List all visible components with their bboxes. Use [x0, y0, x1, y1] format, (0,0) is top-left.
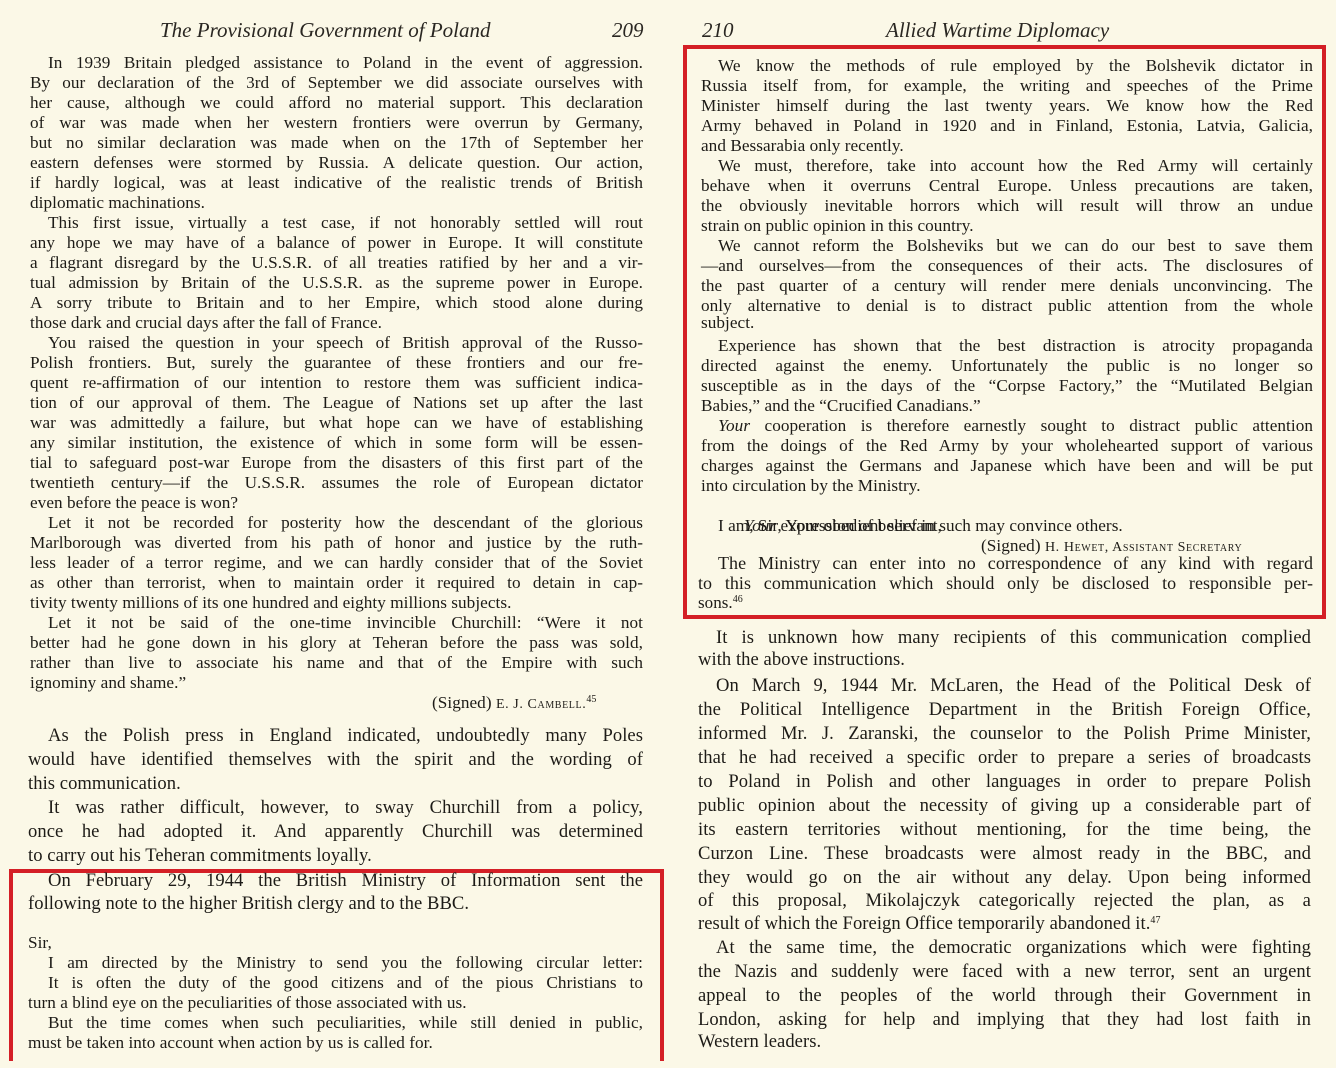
closing-line: I am, Sir, Your obedient servant,	[718, 516, 942, 536]
text-line: Experience has shown that the best distr…	[718, 336, 1313, 356]
text-line: into circulation by the Ministry.	[701, 476, 921, 496]
text-line: directed against the enemy. Unfortunatel…	[701, 356, 1313, 376]
text-line: Curzon Line. These broadcasts were almos…	[698, 842, 1311, 866]
signed-label: (Signed)	[432, 693, 492, 712]
text-line: Let it not be recorded for posterity how…	[48, 513, 643, 533]
text-line: public opinion about the necessity of gi…	[698, 794, 1311, 818]
text-line: of war was made when her western frontie…	[30, 113, 643, 133]
right-page-210: 210 Allied Wartime Diplomacy We know the…	[668, 0, 1336, 1068]
text-line: to carry out his Teheran commitments loy…	[28, 844, 372, 868]
text-line: following note to the higher British cle…	[28, 892, 469, 916]
text-line: subject.	[701, 313, 754, 333]
text-line: It was rather difficult, however, to swa…	[48, 796, 643, 820]
text-line: tial to safeguard post-war Europe from t…	[30, 453, 643, 473]
text-line: quent re-affirmation of our intention to…	[30, 373, 643, 393]
text-line: those dark and crucial days after the fa…	[30, 313, 382, 333]
left-page-209: The Provisional Government of Poland 209…	[0, 0, 668, 1068]
text-line: and Bessarabia only recently.	[701, 136, 904, 156]
text-line: informed Mr. J. Zaranski, the counselor …	[698, 722, 1311, 746]
text-line: A sorry tribute to Britain and to her Em…	[30, 293, 643, 313]
text-line: once he had adopted it. And apparently C…	[28, 820, 643, 844]
running-header-title: The Provisional Government of Poland	[160, 18, 491, 43]
text-line: On March 9, 1944 Mr. McLaren, the Head o…	[716, 674, 1311, 698]
text-line: a flagrant disregard by the U.S.S.R. of …	[30, 253, 643, 273]
text-line: diplomatic machinations.	[30, 193, 205, 213]
text-span: cooperation is therefore earnestly sough…	[750, 416, 1313, 436]
text-line: even before the peace is won?	[30, 493, 238, 513]
text-line: the obviously inevitable horrors which w…	[701, 196, 1313, 216]
text-line: war was admittedly a failure, but what h…	[30, 413, 643, 433]
text-line: Babies,” and the “Crucified Canadians.”	[701, 396, 981, 416]
text-line: the Nazis and suddenly were faced with a…	[698, 960, 1311, 984]
text-line: Army behaved in Poland in 1920 and in Fi…	[701, 116, 1313, 136]
footnote-ref: 46	[733, 594, 743, 605]
text-line: tion of our approval of them. The League…	[30, 393, 643, 413]
text-line: only alternative to denial is to distrac…	[701, 296, 1313, 316]
text-line: that he had received a specific order to…	[698, 746, 1311, 770]
text-line: sons.46	[698, 593, 743, 613]
text-line: rather than live to associate his name a…	[30, 653, 643, 673]
text-line: charges against the Germans and Japanese…	[701, 456, 1313, 476]
footnote-ref: 47	[1150, 915, 1160, 926]
text-line: strain on public opinion in this country…	[701, 216, 974, 236]
text-line: would have identified themselves with th…	[28, 748, 643, 772]
page-number: 210	[702, 18, 734, 43]
text-line: On February 29, 1944 the British Ministr…	[48, 869, 643, 893]
text-line: Minister himself during the last twenty …	[701, 96, 1313, 116]
text-line: eastern defenses were stormed by Russia.…	[30, 153, 643, 173]
text-line: London, asking for help and implying tha…	[698, 1008, 1311, 1032]
text-line: result of which the Foreign Office tempo…	[698, 912, 1161, 936]
running-header-title: Allied Wartime Diplomacy	[886, 18, 1109, 43]
text-line: any similar institution, the existence o…	[30, 433, 643, 453]
text-line: It is unknown how many recipients of thi…	[716, 626, 1311, 650]
signature-cambell: (Signed) E. J. Cambell.45	[432, 693, 596, 715]
text-line: Polish frontiers. But, surely the guaran…	[30, 353, 643, 373]
text-line: from the doings of the Red Army by your …	[701, 436, 1313, 456]
text-line: turn a blind eye on the peculiarities of…	[28, 993, 467, 1013]
text-line: We cannot reform the Bolsheviks but we c…	[718, 236, 1313, 256]
text-line: We must, therefore, take into account ho…	[718, 156, 1313, 176]
text-line: As the Polish press in England indicated…	[48, 724, 643, 748]
text-line: —and ourselves—from the consequences of …	[701, 256, 1313, 276]
text-line: to Poland in Polish and other languages …	[698, 770, 1311, 794]
text-line: they would go on the air without any del…	[698, 866, 1311, 890]
text-line: This first issue, virtually a test case,…	[48, 213, 643, 233]
text-line: Western leaders.	[698, 1030, 821, 1054]
text-line: ignominy and shame.”	[30, 673, 186, 693]
text-line: if hardly logical, was at least indicati…	[30, 173, 643, 193]
text-line: susceptible as in the days of the “Corps…	[701, 376, 1313, 396]
text-line: less leader of a terror regime, and we c…	[30, 553, 643, 573]
text-line: You raised the question in your speech o…	[48, 333, 643, 353]
text-line: the Political Intelligence Department in…	[698, 698, 1311, 722]
text-line: behave when it overruns Central Europe. …	[701, 176, 1313, 196]
text-line: any hope we may have of a balance of pow…	[30, 233, 643, 253]
text-line: twentieth century—if the U.S.S.R. assume…	[30, 473, 643, 493]
text-line: its eastern territories without mentioni…	[698, 818, 1311, 842]
text-line: as other than terrorist, when to maintai…	[30, 573, 643, 593]
text-line: Marlborough was diverted from his path o…	[30, 533, 643, 553]
text-line: Let it not be said of the one-time invin…	[48, 613, 643, 633]
text-line: the past quarter of a century will rende…	[701, 276, 1313, 296]
text-line: tivity twenty millions of its one hundre…	[30, 593, 511, 613]
letter-salutation: Sir,	[28, 933, 52, 953]
text-line: Russia itself from, for example, the wri…	[701, 76, 1313, 96]
text-line: At the same time, the democratic organiz…	[716, 936, 1311, 960]
text-line: In 1939 Britain pledged assistance to Po…	[48, 53, 643, 73]
page-number: 209	[612, 18, 644, 43]
footnote-ref: 45	[586, 694, 596, 705]
text-line: must be taken into account when action b…	[28, 1033, 433, 1053]
text-line: this communication.	[28, 772, 181, 796]
text-line: better had he gone down in his glory at …	[30, 633, 643, 653]
text-span: result of which the Foreign Office tempo…	[698, 913, 1150, 934]
text-line: tual admission by Britain of the U.S.S.R…	[30, 273, 643, 293]
text-line: Your cooperation is therefore earnestly …	[718, 416, 1313, 436]
text-line: appeal to the peoples of the world throu…	[698, 984, 1311, 1008]
text-line: By our declaration of the 3rd of Septemb…	[30, 73, 643, 93]
text-line: The Ministry can enter into no correspon…	[718, 553, 1313, 573]
signatory-name: E. J. Cambell.	[496, 697, 586, 712]
text-line: to this communication which should only …	[698, 573, 1313, 593]
text-line: But the time comes when such peculiariti…	[48, 1013, 643, 1033]
text-line: with the above instructions.	[698, 648, 905, 672]
text-line: I am directed by the Ministry to send yo…	[48, 953, 643, 973]
emphasis-your: Your	[718, 416, 750, 436]
text-line: of this proposal, Mikolajczyk categorica…	[698, 889, 1311, 913]
text-span: sons.	[698, 593, 733, 612]
text-line: but no similar declaration was made when…	[30, 133, 643, 153]
text-line: her cause, although we could afford no m…	[30, 93, 643, 113]
text-line: It is often the duty of the good citizen…	[48, 973, 643, 993]
text-line: We know the methods of rule employed by …	[718, 56, 1313, 76]
